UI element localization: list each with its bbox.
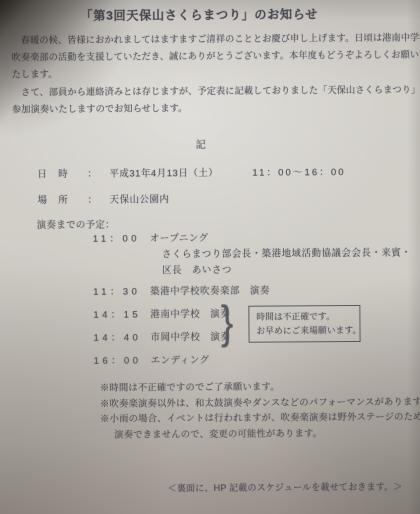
- schedule-row-sub: 区長 あいさつ: [0, 261, 420, 278]
- greeting-paragraphs: 春暖の候、皆様におかれましてはますますご清祥のこととお慶び申し上げます。日頃は港…: [11, 30, 414, 119]
- record-marker: 記: [0, 135, 411, 153]
- note-box: 時間は不正確です。 お早めにご来場願います。: [248, 305, 360, 343]
- schedule-event: 築港中学校吹奏楽部 演奏: [150, 283, 270, 298]
- schedule-event: エンディング: [151, 352, 210, 366]
- footer-note: ＜裏面に、HP 記載のスケジュールを載せておきます。＞: [168, 480, 418, 495]
- datetime-label: 日 時: [37, 166, 68, 180]
- datetime-colon: ：: [87, 166, 96, 180]
- datetime-time: 11：00～16：00: [252, 164, 345, 179]
- body-line: 吹奏楽部の活動を支援していただき、誠にありがとうございます。本年度もどうぞよろし…: [12, 47, 414, 67]
- body-line: 参加演奏いたしますのでお知らせします。: [12, 98, 414, 118]
- schedule-time: 11：30: [93, 283, 140, 297]
- place-colon: ：: [88, 192, 97, 206]
- schedule-event: さくらまつり部会長・築港地域活動協議会会長・来賓・: [162, 245, 411, 261]
- note-box-line: 時間は不正確です。: [256, 310, 353, 324]
- schedule-heading: 演奏までの予定：: [37, 217, 115, 232]
- schedule-event: オープニング: [150, 230, 209, 244]
- schedule-event: 港南中学校 演奏: [150, 306, 230, 321]
- footnote-line: 演奏できませんので、変更の可能性があります。: [114, 425, 410, 443]
- datetime-date: 平成31年4月13日（土）: [109, 165, 218, 180]
- footnotes: ※時間は不正確ですのでご了承願います。 ※吹奏楽演奏以外は、和太鼓演奏やダンスな…: [100, 379, 410, 443]
- document-title: 「第3回天保山さくらまつり」のお知らせ: [0, 5, 409, 25]
- note-box-line: お早めにご来場願います。: [256, 324, 353, 338]
- place-value: 天保山公園内: [110, 191, 170, 205]
- place-label: 場 所: [38, 192, 69, 206]
- notice-photo: 「第3回天保山さくらまつり」のお知らせ 春暖の候、皆様におかれましてはますますご…: [0, 0, 420, 514]
- schedule-row: 11：00 オープニング: [0, 229, 420, 246]
- schedule-row: 11：30 築港中学校吹奏楽部 演奏: [0, 282, 420, 299]
- schedule-time: 14：40: [94, 329, 142, 343]
- schedule-event: 区長 あいさつ: [162, 262, 232, 276]
- notice-document: 「第3回天保山さくらまつり」のお知らせ 春暖の候、皆様におかれましてはますますご…: [0, 0, 420, 514]
- schedule-event: 市岡中学校 演奏: [151, 329, 231, 344]
- body-line: さて、部員から連絡済みとは存じますが、予定表に記載しておりました「天保山さくらま…: [12, 81, 414, 101]
- brace-glyph: }: [221, 300, 234, 344]
- schedule-row-sub: さくらまつり部会長・築港地域活動協議会会長・来賓・: [0, 245, 420, 262]
- schedule-time: 16：00: [94, 352, 142, 366]
- schedule-row: 16：00 エンディング: [1, 351, 420, 368]
- schedule-time: 11：00: [93, 230, 140, 244]
- schedule-time: 14：15: [93, 306, 141, 320]
- footnote-line: ※小雨の場合、イベントは行われますが、吹奏楽演奏は野外ステージのため: [100, 410, 410, 428]
